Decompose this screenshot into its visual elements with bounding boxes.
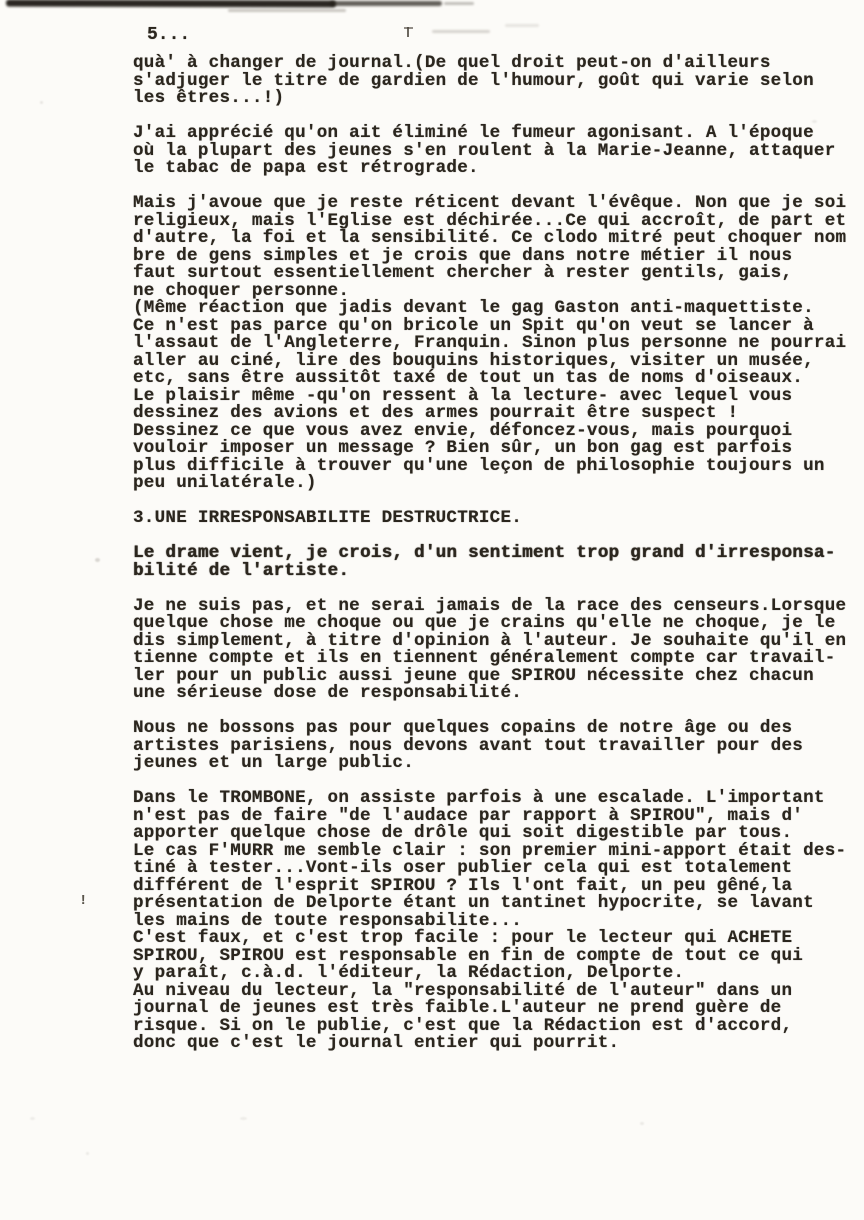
- text-line: C'est faux, et c'est trop facile : pour …: [133, 930, 846, 948]
- text-line: J'ai apprécié qu'on ait éliminé le fumeu…: [133, 125, 846, 143]
- text-line: (Même réaction que jadis devant le gag G…: [133, 300, 846, 318]
- scan-tick-mark: [404, 27, 413, 29]
- text-line: etc, sans être aussitôt taxé de tout un …: [133, 370, 846, 388]
- text-line: vouloir imposer un message ? Bien sûr, u…: [133, 440, 846, 458]
- text-line: tiné à tester...Vont-ils oser publier ce…: [133, 860, 846, 878]
- paragraph: Nous ne bossons pas pour quelques copain…: [133, 720, 846, 773]
- section-heading: 3.UNE IRRESPONSABILITE DESTRUCTRICE.: [133, 510, 846, 528]
- paragraph: J'ai apprécié qu'on ait éliminé le fumeu…: [133, 125, 846, 178]
- text-line: faut surtout essentiellement chercher à …: [133, 265, 846, 283]
- text-line: journal de jeunes est très faible.L'aute…: [133, 1000, 846, 1018]
- text-line: quà' à changer de journal.(De quel droit…: [133, 55, 846, 73]
- text-line: apporter quelque chose de drôle qui soit…: [133, 825, 846, 843]
- paragraph: Je ne suis pas, et ne serai jamais de la…: [133, 598, 846, 703]
- scan-smudge-band: [228, 9, 346, 12]
- text-line: peu unilatérale.): [133, 475, 846, 493]
- scan-smudge-band: [330, 1, 442, 6]
- paragraph: Mais j'avoue que je reste réticent devan…: [133, 195, 846, 493]
- page-number: 5...: [147, 26, 190, 44]
- text-line: donc que c'est le journal entier qui pou…: [133, 1035, 846, 1053]
- text-line: bilité de l'artiste.: [133, 563, 846, 581]
- text-line: dessinez des avions et des armes pourrai…: [133, 405, 846, 423]
- paragraph: quà' à changer de journal.(De quel droit…: [133, 55, 846, 108]
- text-line: 3.UNE IRRESPONSABILITE DESTRUCTRICE.: [133, 510, 846, 528]
- text-line: présentation de Delporte étant un tantin…: [133, 895, 846, 913]
- scan-speck: [30, 1117, 35, 1120]
- text-line: Le drame vient, je crois, d'un sentiment…: [133, 545, 846, 563]
- scan-speck: [240, 1117, 247, 1120]
- scan-tick-mark: [407, 27, 409, 37]
- text-line: Nous ne bossons pas pour quelques copain…: [133, 720, 846, 738]
- text-line: une sérieuse dose de responsabilité.: [133, 685, 846, 703]
- text-line: tienne compte et ils en tiennent général…: [133, 650, 846, 668]
- margin-stray-mark: !: [79, 893, 87, 909]
- scan-smudge: [432, 30, 490, 33]
- text-line: jeunes et un large public.: [133, 755, 846, 773]
- scanned-document-page: 5... ! quà' à changer de journal.(De que…: [0, 0, 864, 1220]
- scan-smudge: [505, 24, 539, 27]
- paragraph: Le drame vient, je crois, d'un sentiment…: [133, 545, 846, 580]
- text-line: Mais j'avoue que je reste réticent devan…: [133, 195, 846, 213]
- text-line: y paraît, c.à.d. l'éditeur, la Rédaction…: [133, 965, 846, 983]
- scan-speck: [640, 1122, 644, 1125]
- text-column: quà' à changer de journal.(De quel droit…: [133, 55, 846, 1053]
- paragraph: Dans le TROMBONE, on assiste parfois à u…: [133, 790, 846, 1053]
- text-line: le tabac de papa est rétrograde.: [133, 160, 846, 178]
- text-line: les êtres...!): [133, 90, 846, 108]
- scan-speck: [86, 1152, 89, 1155]
- scan-smudge-band: [6, 0, 336, 7]
- scan-smudge-band: [444, 2, 474, 5]
- scan-speck: [95, 558, 100, 562]
- scan-speck: [40, 101, 43, 104]
- text-line: d'autre, la foi et la sensibilité. Ce cl…: [133, 230, 846, 248]
- text-line: quelque chose me choque ou que je crains…: [133, 615, 846, 633]
- text-line: l'assaut de l'Angleterre, Franquin. Sino…: [133, 335, 846, 353]
- text-line: Dans le TROMBONE, on assiste parfois à u…: [133, 790, 846, 808]
